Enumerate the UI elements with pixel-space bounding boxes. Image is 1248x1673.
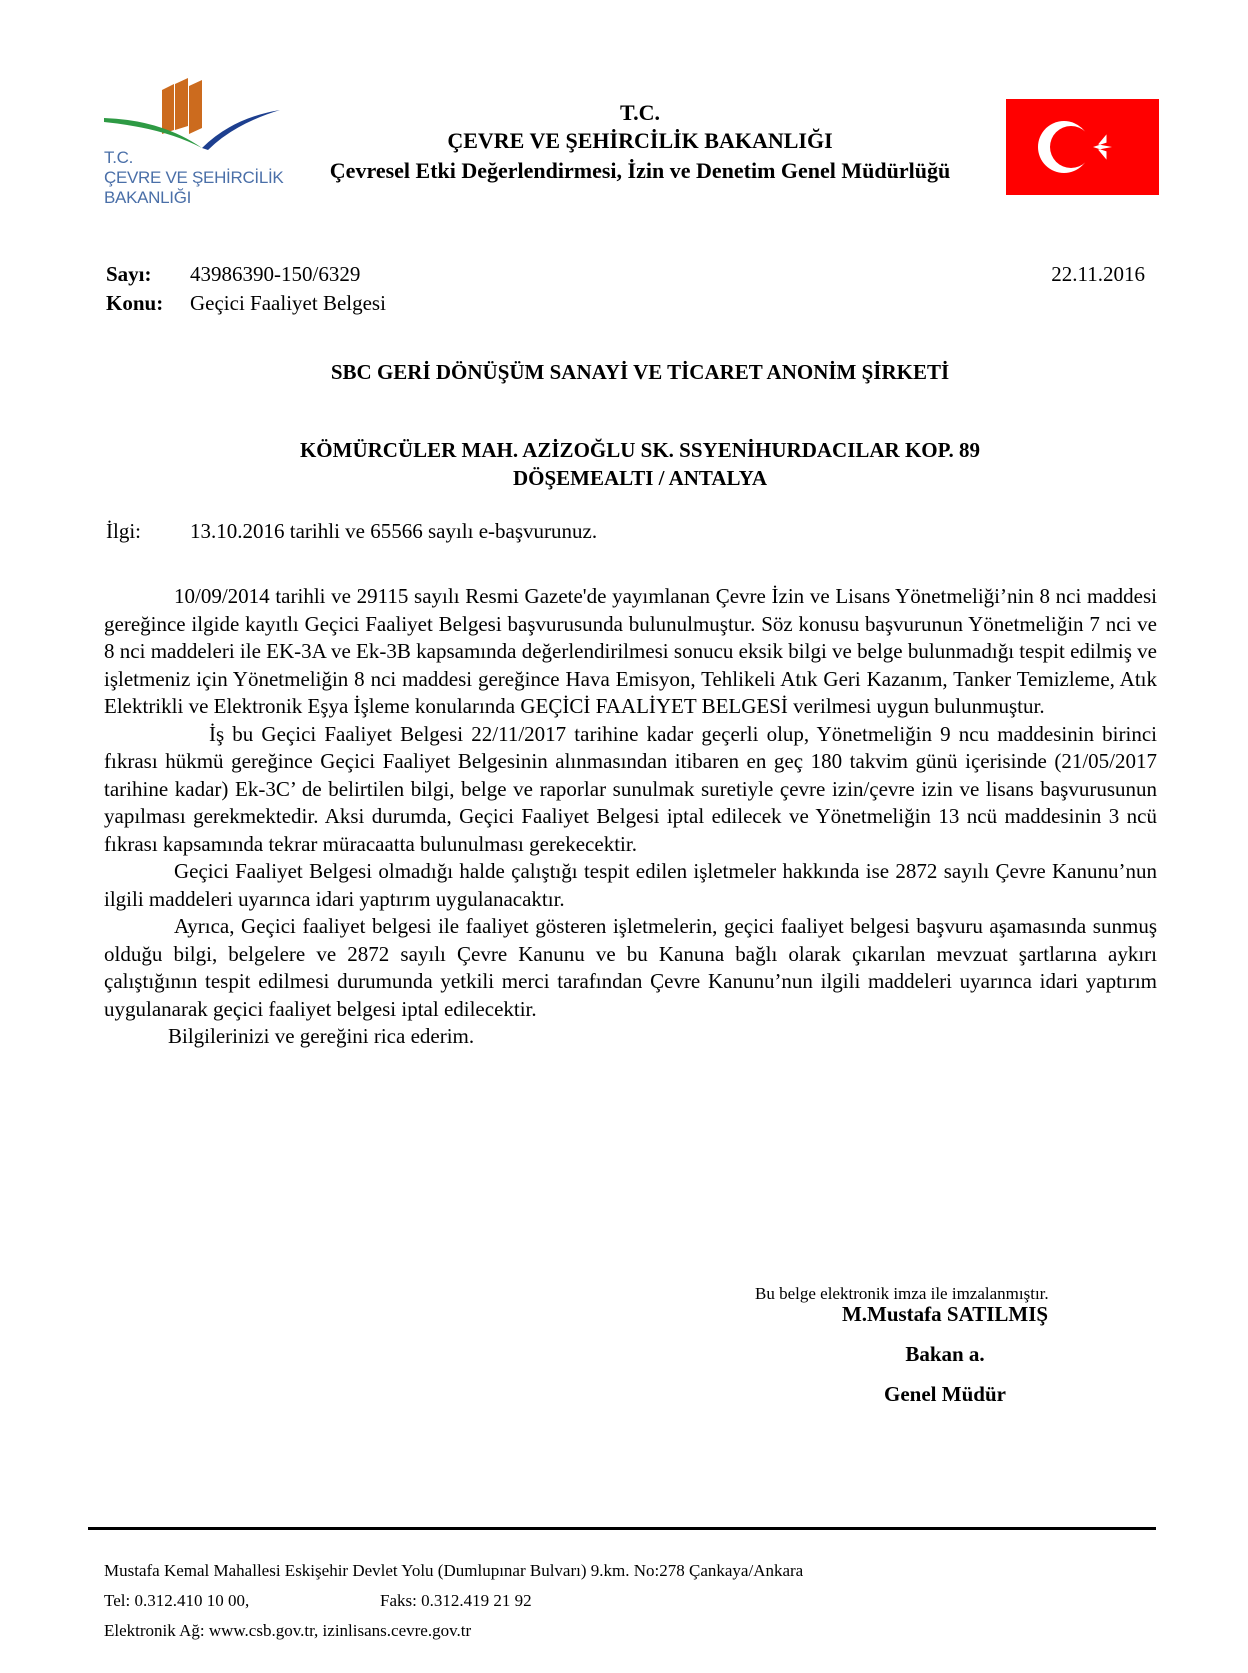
header-ministry: ÇEVRE VE ŞEHİRCİLİK BAKANLIĞI [270, 128, 1010, 154]
recipient-address-line1: KÖMÜRCÜLER MAH. AZİZOĞLU SK. SSYENİHURDA… [120, 438, 1160, 463]
body-paragraph: 10/09/2014 tarihli ve 29115 sayılı Resmi… [104, 583, 1157, 721]
body-paragraph: İş bu Geçici Faaliyet Belgesi 22/11/2017… [104, 721, 1157, 859]
letter-body: 10/09/2014 tarihli ve 29115 sayılı Resmi… [104, 583, 1157, 1051]
footer-fax: Faks: 0.312.419 21 92 [380, 1591, 532, 1611]
ilgi-value: 13.10.2016 tarihli ve 65566 sayılı e-baş… [190, 519, 597, 544]
footer-phone: Tel: 0.312.410 10 00, [104, 1591, 249, 1611]
signatory-title-2: Genel Müdür [745, 1382, 1145, 1407]
footer-address: Mustafa Kemal Mahallesi Eskişehir Devlet… [104, 1561, 803, 1581]
ministry-logo: T.C. ÇEVRE VE ŞEHİRCİLİK BAKANLIĞI [102, 78, 282, 218]
logo-tc-text: T.C. [104, 148, 133, 168]
logo-bakanlik-text: BAKANLIĞI [104, 188, 191, 208]
header-directorate: Çevresel Etki Değerlendirmesi, İzin ve D… [270, 158, 1010, 184]
recipient-company: SBC GERİ DÖNÜŞÜM SANAYİ VE TİCARET ANONİ… [120, 360, 1160, 385]
sayi-value: 43986390-150/6329 [190, 262, 360, 287]
turkish-flag-icon [1006, 99, 1159, 195]
konu-label: Konu: [106, 291, 163, 316]
closing-line: Bilgilerinizi ve gereğini rica ederim. [104, 1023, 1157, 1051]
body-paragraph: Geçici Faaliyet Belgesi olmadığı halde ç… [104, 858, 1157, 913]
ministry-logo-icon [102, 78, 282, 153]
signatory-title-1: Bakan a. [745, 1342, 1145, 1367]
header-tc: T.C. [270, 100, 1010, 126]
logo-ministry-text: ÇEVRE VE ŞEHİRCİLİK [104, 168, 283, 188]
footer-web: Elektronik Ağ: www.csb.gov.tr, izinlisan… [104, 1621, 471, 1641]
e-signature-note: Bu belge elektronik imza ile imzalanmışt… [755, 1284, 1049, 1304]
signatory-name: M.Mustafa SATILMIŞ [745, 1302, 1145, 1327]
sayi-label: Sayı: [106, 262, 152, 287]
document-date: 22.11.2016 [1051, 262, 1145, 287]
recipient-address-line2: DÖŞEMEALTI / ANTALYA [120, 466, 1160, 491]
footer-divider [88, 1527, 1156, 1530]
ilgi-label: İlgi: [106, 519, 141, 544]
konu-value: Geçici Faaliyet Belgesi [190, 291, 386, 316]
body-paragraph: Ayrıca, Geçici faaliyet belgesi ile faal… [104, 913, 1157, 1023]
